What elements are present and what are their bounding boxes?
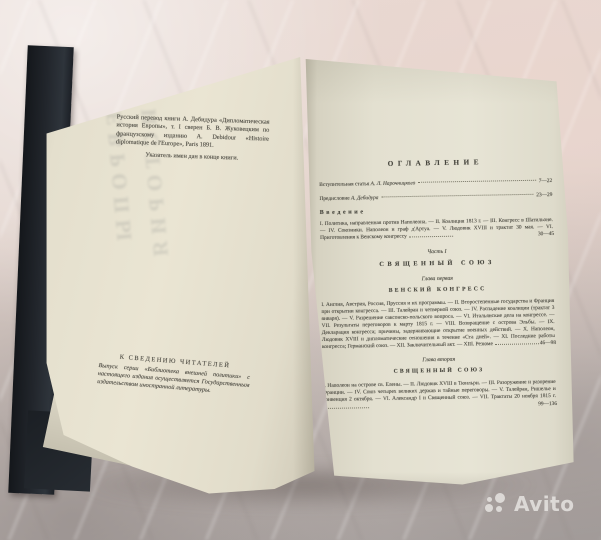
chapter-pages: 46—98 — [540, 340, 556, 347]
toc-entry: Предисловие А. Дебидура 23—29 — [319, 192, 552, 203]
table-of-contents: ОГЛАВЛЕНИЕ Вступительная статья А. Л. На… — [319, 158, 556, 416]
introduction-summary: I. Политика, направленная против Наполео… — [320, 217, 553, 243]
dot-leader — [381, 194, 533, 198]
toc-title: ОГЛАВЛЕНИЕ — [319, 158, 552, 169]
imprint-block: Русский перевод книги А. Дебидура «Дипло… — [115, 113, 269, 164]
chapter-title: СВЯЩЕННЫЙ СОЮЗ — [322, 366, 555, 377]
toc-entry-text: Вступительная статья А. Л. Нарочницкого — [319, 180, 415, 189]
dot-leader — [495, 340, 539, 346]
chapter-label: Глава вторая — [322, 355, 555, 366]
chapter-pages: 99—136 — [538, 401, 557, 408]
left-page: ИСТОРИЯ ЕВРОПЫ Русский перевод книги А. … — [38, 48, 323, 498]
chapter-summary: I. Англия, Австрия, Россия, Пруссия и их… — [321, 298, 555, 351]
avito-watermark: Avito — [484, 492, 574, 516]
readers-notice-block: К СВЕДЕНИЮ ЧИТАТЕЛЕЙ Выпуск серии «Библи… — [97, 352, 251, 398]
part-label: Часть I — [320, 247, 553, 258]
introduction-heading: Введение — [320, 206, 553, 217]
toc-entry-pages: 23—29 — [536, 192, 552, 199]
chapter-summary: I. Наполеон на острове св. Елены. — II. … — [323, 379, 556, 412]
dot-leader — [409, 232, 453, 238]
chapter-title: ВЕНСКИЙ КОНГРЕСС — [321, 285, 554, 296]
right-page: ОГЛАВЛЕНИЕ Вступительная статья А. Л. На… — [300, 50, 585, 498]
book-photo: ИСТОРИЯ ЕВРОПЫ Русский перевод книги А. … — [0, 0, 601, 540]
toc-entry-pages: 7—22 — [539, 178, 553, 185]
toc-entry: Вступительная статья А. Л. Нарочницкого … — [319, 178, 552, 189]
chapter-label: Глава первая — [321, 274, 554, 285]
part-title: СВЯЩЕННЫЙ СОЮЗ — [321, 259, 554, 270]
avito-wordmark: Avito — [514, 492, 574, 516]
introduction-pages: 30—45 — [538, 231, 554, 238]
dot-leader — [418, 180, 535, 183]
dot-leader — [325, 403, 369, 409]
toc-entry-text: Предисловие А. Дебидура — [319, 195, 378, 203]
avito-logo-icon — [484, 492, 508, 516]
imprint-text: Русский перевод книги А. Дебидура «Дипло… — [116, 113, 270, 152]
